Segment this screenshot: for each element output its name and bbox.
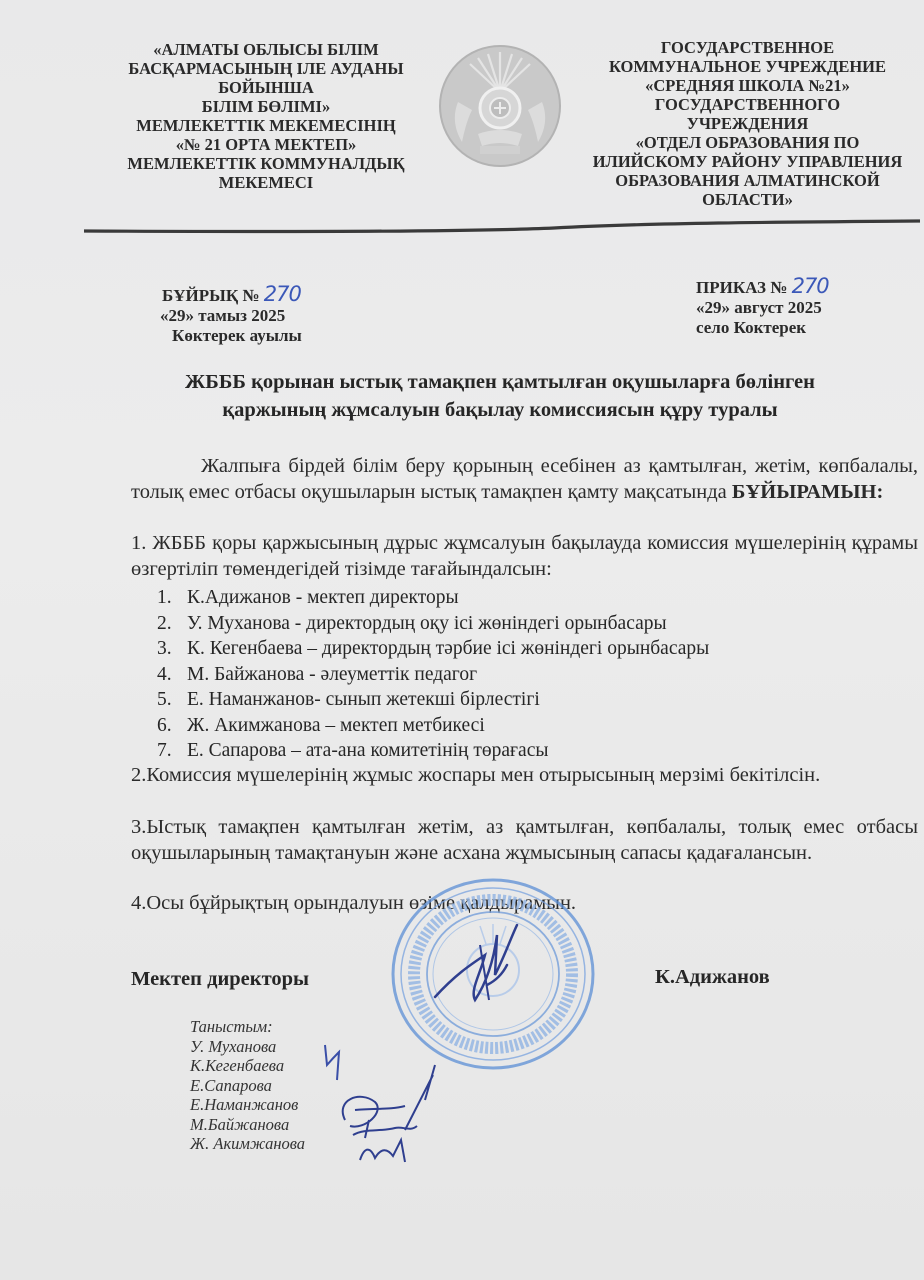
acknowledged-name: Е.Наманжанов bbox=[190, 1095, 305, 1115]
acknowledged-name: Е.Сапарова bbox=[190, 1076, 305, 1096]
order-number: 270 bbox=[264, 282, 301, 306]
title-line: ЖБББ қорынан ыстық тамақпен қамтылған оқ… bbox=[100, 368, 900, 396]
list-item: 4.М. Байжанова - әлеуметтік педагог bbox=[157, 662, 709, 688]
header-line: ОБРАЗОВАНИЯ АЛМАТИНСКОЙ bbox=[575, 171, 920, 190]
acknowledged-label: Таныстым: bbox=[190, 1017, 305, 1037]
header-line: «ОТДЕЛ ОБРАЗОВАНИЯ ПО bbox=[575, 133, 920, 152]
header-line: ГОСУДАРСТВЕННОГО bbox=[575, 95, 920, 114]
header-line: МЕМЛЕКЕТТІК МЕКЕМЕСІНІҢ bbox=[96, 116, 436, 135]
header-line: БОЙЫНША bbox=[96, 78, 436, 97]
director-signature-icon bbox=[425, 905, 545, 1015]
header-line: «СРЕДНЯЯ ШКОЛА №21» bbox=[575, 76, 920, 95]
header-line: «№ 21 ОРТА МЕКТЕП» bbox=[96, 135, 436, 154]
order-place: село Коктерек bbox=[696, 318, 829, 338]
paragraph-2: 2.Комиссия мүшелерінің жұмыс жоспары мен… bbox=[131, 763, 918, 789]
acknowledged-name: У. Муханова bbox=[190, 1037, 305, 1057]
order-date: «29» тамыз 2025 bbox=[160, 306, 302, 326]
order-place: Көктерек ауылы bbox=[172, 326, 302, 346]
header-line: БІЛІМ БӨЛІМІ» bbox=[96, 97, 436, 116]
order-number: 270 bbox=[792, 274, 829, 298]
header-line: УЧРЕЖДЕНИЯ bbox=[575, 114, 920, 133]
order-kazakh: БҰЙРЫҚ № 270 «29» тамыз 2025 Көктерек ау… bbox=[162, 284, 302, 346]
header-line: ГОСУДАРСТВЕННОЕ bbox=[575, 38, 920, 57]
paragraph-1: 1. ЖБББ қоры қаржысының дұрыс жұмсалуын … bbox=[131, 531, 918, 582]
header-line: МЕМЛЕКЕТТІК КОММУНАЛДЫҚ bbox=[96, 154, 436, 173]
list-item: 7.Е. Сапарова – ата-ана комитетінің төра… bbox=[157, 738, 709, 764]
signatory-title: Мектеп директоры bbox=[131, 968, 309, 991]
header-line: КОММУНАЛЬНОЕ УЧРЕЖДЕНИЕ bbox=[575, 57, 920, 76]
acknowledgement-signatures-icon bbox=[305, 1040, 455, 1170]
header-line: МЕКЕМЕСІ bbox=[96, 173, 436, 192]
header-kazakh: «АЛМАТЫ ОБЛЫСЫ БІЛІМ БАСҚАРМАСЫНЫҢ ІЛЕ А… bbox=[96, 40, 436, 192]
title-line: қаржының жұмсалуын бақылау комиссиясын қ… bbox=[100, 396, 900, 424]
list-item: 2.У. Муханова - директордың оқу ісі жөні… bbox=[157, 611, 709, 637]
paragraph-3: 3.Ыстық тамақпен қамтылған жетім, аз қам… bbox=[131, 815, 918, 866]
acknowledged-name: К.Кегенбаева bbox=[190, 1056, 305, 1076]
order-date: «29» август 2025 bbox=[696, 298, 829, 318]
signatory-name: К.Адижанов bbox=[655, 966, 770, 989]
list-item: 1.К.Адижанов - мектеп директоры bbox=[157, 585, 709, 611]
header-line: БАСҚАРМАСЫНЫҢ ІЛЕ АУДАНЫ bbox=[96, 59, 436, 78]
header-line: «АЛМАТЫ ОБЛЫСЫ БІЛІМ bbox=[96, 40, 436, 59]
header-line: ИЛИЙСКОМУ РАЙОНУ УПРАВЛЕНИЯ bbox=[575, 152, 920, 171]
document-title: ЖБББ қорынан ыстық тамақпен қамтылған оқ… bbox=[100, 368, 900, 424]
intro-order-word: БҰЙЫРАМЫН: bbox=[732, 481, 883, 503]
list-item: 5.Е. Наманжанов- сынып жетекші бірлестіг… bbox=[157, 687, 709, 713]
acknowledged-list: Таныстым: У. Муханова К.Кегенбаева Е.Сап… bbox=[190, 1017, 305, 1154]
header-line: ОБЛАСТИ» bbox=[575, 190, 920, 209]
acknowledged-name: М.Байжанова bbox=[190, 1115, 305, 1135]
state-emblem-icon bbox=[436, 42, 564, 170]
order-label: БҰЙРЫҚ № bbox=[162, 286, 259, 305]
list-item: 6.Ж. Акимжанова – мектеп метбикесі bbox=[157, 713, 709, 739]
header-russian: ГОСУДАРСТВЕННОЕ КОММУНАЛЬНОЕ УЧРЕЖДЕНИЕ … bbox=[575, 38, 920, 209]
acknowledged-name: Ж. Акимжанова bbox=[190, 1134, 305, 1154]
order-russian: ПРИКАЗ № 270 «29» август 2025 село Кокте… bbox=[696, 276, 829, 338]
commission-members-list: 1.К.Адижанов - мектеп директоры 2.У. Мух… bbox=[157, 585, 709, 764]
header-divider bbox=[84, 218, 920, 234]
order-label: ПРИКАЗ № bbox=[696, 278, 787, 297]
intro-paragraph: Жалпыға бірдей білім беру қорының есебін… bbox=[131, 454, 918, 505]
list-item: 3.К. Кегенбаева – директордың тәрбие ісі… bbox=[157, 636, 709, 662]
